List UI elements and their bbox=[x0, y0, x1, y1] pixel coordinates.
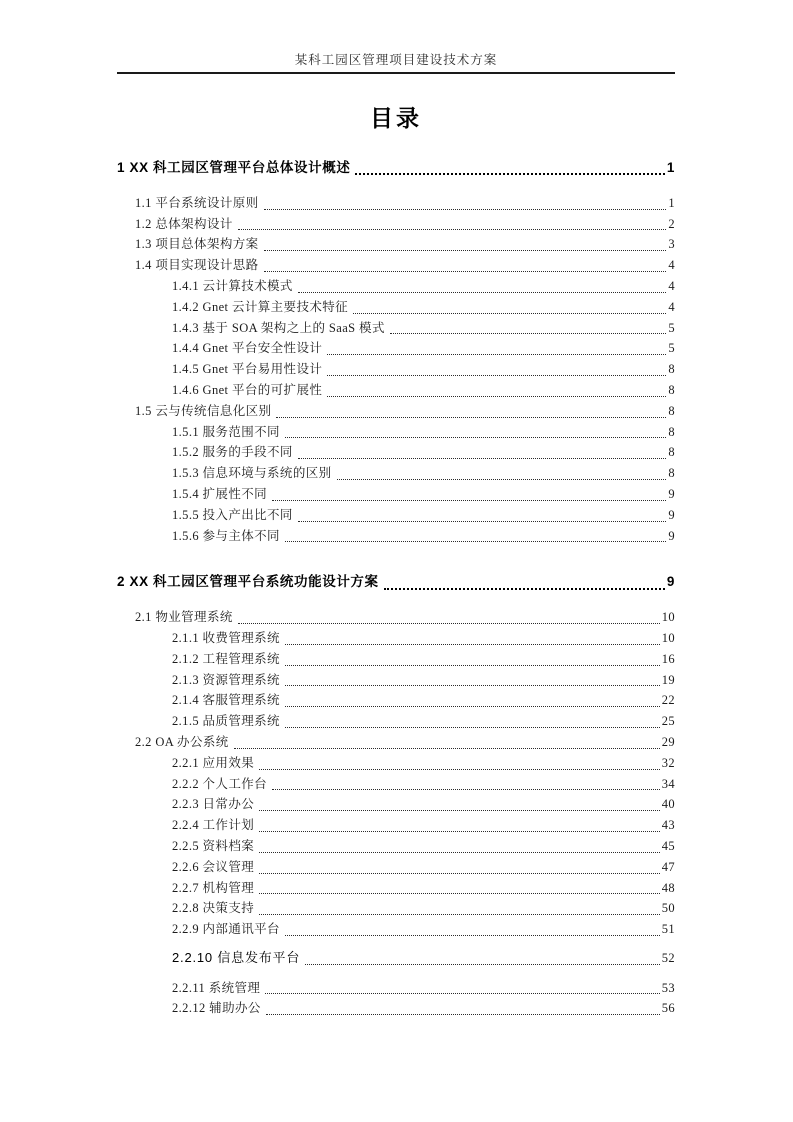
toc-entry[interactable]: 2.1.3 资源管理系统 19 bbox=[117, 670, 675, 691]
toc-entry[interactable]: 1.2 总体架构设计 2 bbox=[117, 214, 675, 235]
dot-leader bbox=[259, 852, 660, 853]
toc-entry-label: 2.1.3 资源管理系统 bbox=[117, 670, 280, 691]
toc-entry-label: 1.4.6 Gnet 平台的可扩展性 bbox=[117, 380, 322, 401]
toc-entry-page-number: 5 bbox=[668, 338, 675, 359]
toc-entry-label: 2.2.12 辅助办公 bbox=[117, 998, 261, 1019]
toc-entry[interactable]: 1.5 云与传统信息化区别 8 bbox=[117, 401, 675, 422]
toc-entry[interactable]: 1.5.6 参与主体不同 9 bbox=[117, 526, 675, 547]
toc-entry-label: 2.2.2 个人工作台 bbox=[117, 774, 267, 795]
toc-entry-label: 1.5.3 信息环境与系统的区别 bbox=[117, 463, 332, 484]
toc-entry-label: 2.2.8 决策支持 bbox=[117, 898, 254, 919]
dot-leader bbox=[384, 588, 665, 590]
dot-leader bbox=[264, 209, 667, 210]
toc-entry-page-number: 2 bbox=[668, 214, 675, 235]
toc-entry-label: 2.2.3 日常办公 bbox=[117, 794, 254, 815]
toc-entry-page-number: 8 bbox=[668, 401, 675, 422]
toc-entry[interactable]: 1.5.4 扩展性不同 9 bbox=[117, 484, 675, 505]
toc-entry-page-number: 4 bbox=[668, 297, 675, 318]
dot-leader bbox=[264, 271, 667, 272]
toc-entry[interactable]: 2.2.4 工作计划 43 bbox=[117, 815, 675, 836]
toc-entry-label: 2.2 OA 办公系统 bbox=[117, 732, 229, 753]
toc-entry-label: 2.1.5 品质管理系统 bbox=[117, 711, 280, 732]
toc-entry-label: 1.5 云与传统信息化区别 bbox=[117, 401, 271, 422]
dot-leader bbox=[276, 417, 666, 418]
toc-entry[interactable]: 1.5.1 服务范围不同 8 bbox=[117, 422, 675, 443]
toc-entry-page-number: 22 bbox=[662, 690, 675, 711]
dot-leader bbox=[285, 541, 666, 542]
toc-entry[interactable]: 1.1 平台系统设计原则 1 bbox=[117, 193, 675, 214]
toc-entry-page-number: 25 bbox=[662, 711, 675, 732]
toc-entry-page-number: 34 bbox=[662, 774, 675, 795]
toc-entry[interactable]: 2.2.3 日常办公 40 bbox=[117, 794, 675, 815]
dot-leader bbox=[298, 521, 667, 522]
dot-leader bbox=[259, 831, 660, 832]
toc-entry-page-number: 5 bbox=[668, 318, 675, 339]
dot-leader bbox=[305, 964, 660, 965]
toc-entry-label: 2.2.7 机构管理 bbox=[117, 878, 254, 899]
toc-entry[interactable]: 1.4.1 云计算技术模式 4 bbox=[117, 276, 675, 297]
toc-entry[interactable]: 2.1.1 收费管理系统 10 bbox=[117, 628, 675, 649]
toc-entry-page-number: 8 bbox=[668, 442, 675, 463]
toc-entry[interactable]: 2.2.2 个人工作台 34 bbox=[117, 774, 675, 795]
toc-entry-label: 1.5.5 投入产出比不同 bbox=[117, 505, 293, 526]
toc-entry[interactable]: 2.2.8 决策支持 50 bbox=[117, 898, 675, 919]
toc-entry[interactable]: 1 XX 科工园区管理平台总体设计概述 1 bbox=[117, 158, 675, 179]
dot-leader bbox=[327, 375, 666, 376]
toc-entry-page-number: 9 bbox=[668, 484, 675, 505]
toc-entry-label: 1.2 总体架构设计 bbox=[117, 214, 233, 235]
toc-entry-page-number: 8 bbox=[668, 359, 675, 380]
toc-entry-page-number: 43 bbox=[662, 815, 675, 836]
toc-entry-page-number: 16 bbox=[662, 649, 675, 670]
toc-entry[interactable]: 1.5.3 信息环境与系统的区别 8 bbox=[117, 463, 675, 484]
dot-leader bbox=[272, 789, 660, 790]
toc-entry-label: 1.1 平台系统设计原则 bbox=[117, 193, 259, 214]
toc-entry-label: 2.2.5 资料档案 bbox=[117, 836, 254, 857]
toc-entry-label: 2.1.4 客服管理系统 bbox=[117, 690, 280, 711]
toc-entry[interactable]: 1.5.5 投入产出比不同 9 bbox=[117, 505, 675, 526]
toc-entry-label: 2.2.10 信息发布平台 bbox=[117, 948, 300, 969]
dot-leader bbox=[234, 748, 660, 749]
toc-entry[interactable]: 2.2.7 机构管理 48 bbox=[117, 878, 675, 899]
dot-leader bbox=[238, 623, 660, 624]
toc-entry[interactable]: 2.2.10 信息发布平台 52 bbox=[117, 948, 675, 969]
toc-entry[interactable]: 1.4 项目实现设计思路 4 bbox=[117, 255, 675, 276]
toc-entry[interactable]: 2.1.2 工程管理系统 16 bbox=[117, 649, 675, 670]
toc-entry-page-number: 1 bbox=[667, 158, 675, 179]
toc-entry-page-number: 8 bbox=[668, 380, 675, 401]
dot-leader bbox=[285, 706, 660, 707]
toc-entry-label: 1.5.6 参与主体不同 bbox=[117, 526, 280, 547]
toc-entry-page-number: 8 bbox=[668, 422, 675, 443]
toc-entry-page-number: 52 bbox=[662, 948, 675, 969]
toc-entry[interactable]: 2.2.1 应用效果 32 bbox=[117, 753, 675, 774]
toc-entry-page-number: 10 bbox=[662, 607, 675, 628]
dot-leader bbox=[259, 893, 660, 894]
dot-leader bbox=[285, 644, 660, 645]
toc-entry-page-number: 10 bbox=[662, 628, 675, 649]
toc-entry-page-number: 9 bbox=[668, 505, 675, 526]
dot-leader bbox=[327, 354, 666, 355]
dot-leader bbox=[298, 292, 667, 293]
toc-entry-page-number: 19 bbox=[662, 670, 675, 691]
toc-entry[interactable]: 2.2 OA 办公系统 29 bbox=[117, 732, 675, 753]
toc-entry-label: 2.2.11 系统管理 bbox=[117, 978, 260, 999]
toc-entry-page-number: 51 bbox=[662, 919, 675, 940]
toc-entry-page-number: 9 bbox=[667, 572, 675, 593]
dot-leader bbox=[353, 313, 666, 314]
toc-entry[interactable]: 1.4.5 Gnet 平台易用性设计 8 bbox=[117, 359, 675, 380]
toc-entry-label: 1.4.4 Gnet 平台安全性设计 bbox=[117, 338, 322, 359]
toc-entry-label: 1.5.1 服务范围不同 bbox=[117, 422, 280, 443]
dot-leader bbox=[264, 250, 667, 251]
toc-entry[interactable]: 2.2.12 辅助办公 56 bbox=[117, 998, 675, 1019]
toc-entry-label: 1.5.2 服务的手段不同 bbox=[117, 442, 293, 463]
toc-entry[interactable]: 2 XX 科工园区管理平台系统功能设计方案 9 bbox=[117, 572, 675, 593]
toc-title: 目录 bbox=[117, 104, 675, 132]
toc-entry-page-number: 4 bbox=[668, 255, 675, 276]
toc-entry[interactable]: 2.2.11 系统管理 53 bbox=[117, 978, 675, 999]
toc-entry-page-number: 50 bbox=[662, 898, 675, 919]
toc-entry-label: 2.2.6 会议管理 bbox=[117, 857, 254, 878]
toc-entry-page-number: 9 bbox=[668, 526, 675, 547]
toc-entry-page-number: 4 bbox=[668, 276, 675, 297]
toc-entry[interactable]: 2.2.6 会议管理 47 bbox=[117, 857, 675, 878]
toc-entry-page-number: 56 bbox=[662, 998, 675, 1019]
toc-entry-label: 1.4.2 Gnet 云计算主要技术特征 bbox=[117, 297, 348, 318]
toc-entry[interactable]: 1.5.2 服务的手段不同 8 bbox=[117, 442, 675, 463]
toc-entry-label: 2.1 物业管理系统 bbox=[117, 607, 233, 628]
toc-entry-page-number: 1 bbox=[668, 193, 675, 214]
dot-leader bbox=[285, 935, 660, 936]
toc-entry-label: 1 XX 科工园区管理平台总体设计概述 bbox=[117, 158, 350, 179]
toc-entry-label: 2.1.2 工程管理系统 bbox=[117, 649, 280, 670]
toc-entry-label: 1.3 项目总体架构方案 bbox=[117, 234, 259, 255]
toc-entry-page-number: 47 bbox=[662, 857, 675, 878]
dot-leader bbox=[259, 873, 660, 874]
toc-entry-page-number: 48 bbox=[662, 878, 675, 899]
dot-leader bbox=[259, 810, 660, 811]
toc-entry-page-number: 29 bbox=[662, 732, 675, 753]
toc-list: 1 XX 科工园区管理平台总体设计概述 1 1.1 平台系统设计原则 1 1.2… bbox=[117, 158, 675, 1019]
dot-leader bbox=[285, 685, 660, 686]
dot-leader bbox=[272, 500, 666, 501]
toc-entry-page-number: 8 bbox=[668, 463, 675, 484]
toc-entry-page-number: 3 bbox=[668, 234, 675, 255]
toc-entry[interactable]: 2.1 物业管理系统 10 bbox=[117, 607, 675, 628]
toc-entry[interactable]: 2.1.5 品质管理系统 25 bbox=[117, 711, 675, 732]
toc-entry-label: 2.2.1 应用效果 bbox=[117, 753, 254, 774]
toc-entry-label: 1.4.3 基于 SOA 架构之上的 SaaS 模式 bbox=[117, 318, 385, 339]
dot-leader bbox=[259, 914, 660, 915]
dot-leader bbox=[266, 1014, 660, 1015]
page-header: 某科工园区管理项目建设技术方案 bbox=[117, 53, 675, 74]
toc-entry-page-number: 45 bbox=[662, 836, 675, 857]
dot-leader bbox=[285, 665, 660, 666]
toc-entry-label: 2.2.9 内部通讯平台 bbox=[117, 919, 280, 940]
document-page: 某科工园区管理项目建设技术方案 目录 1 XX 科工园区管理平台总体设计概述 1… bbox=[0, 0, 793, 1122]
dot-leader bbox=[285, 437, 666, 438]
dot-leader bbox=[238, 229, 667, 230]
dot-leader bbox=[285, 727, 660, 728]
dot-leader bbox=[355, 173, 664, 175]
toc-entry[interactable]: 1.3 项目总体架构方案 3 bbox=[117, 234, 675, 255]
toc-entry-label: 2 XX 科工园区管理平台系统功能设计方案 bbox=[117, 572, 379, 593]
toc-entry-page-number: 53 bbox=[662, 978, 675, 999]
toc-entry[interactable]: 2.2.5 资料档案 45 bbox=[117, 836, 675, 857]
toc-entry[interactable]: 2.2.9 内部通讯平台 51 bbox=[117, 919, 675, 940]
toc-entry-label: 1.4 项目实现设计思路 bbox=[117, 255, 259, 276]
dot-leader bbox=[259, 769, 660, 770]
toc-entry-page-number: 40 bbox=[662, 794, 675, 815]
toc-entry-label: 1.5.4 扩展性不同 bbox=[117, 484, 267, 505]
toc-entry-label: 2.1.1 收费管理系统 bbox=[117, 628, 280, 649]
toc-entry[interactable]: 1.4.4 Gnet 平台安全性设计 5 bbox=[117, 338, 675, 359]
dot-leader bbox=[390, 333, 667, 334]
toc-entry-label: 2.2.4 工作计划 bbox=[117, 815, 254, 836]
toc-entry[interactable]: 2.1.4 客服管理系统 22 bbox=[117, 690, 675, 711]
toc-entry[interactable]: 1.4.2 Gnet 云计算主要技术特征 4 bbox=[117, 297, 675, 318]
dot-leader bbox=[265, 993, 659, 994]
toc-entry-label: 1.4.1 云计算技术模式 bbox=[117, 276, 293, 297]
dot-leader bbox=[298, 458, 667, 459]
toc-entry-label: 1.4.5 Gnet 平台易用性设计 bbox=[117, 359, 322, 380]
toc-entry[interactable]: 1.4.6 Gnet 平台的可扩展性 8 bbox=[117, 380, 675, 401]
dot-leader bbox=[327, 396, 666, 397]
toc-entry-page-number: 32 bbox=[662, 753, 675, 774]
dot-leader bbox=[337, 479, 667, 480]
toc-entry[interactable]: 1.4.3 基于 SOA 架构之上的 SaaS 模式 5 bbox=[117, 318, 675, 339]
